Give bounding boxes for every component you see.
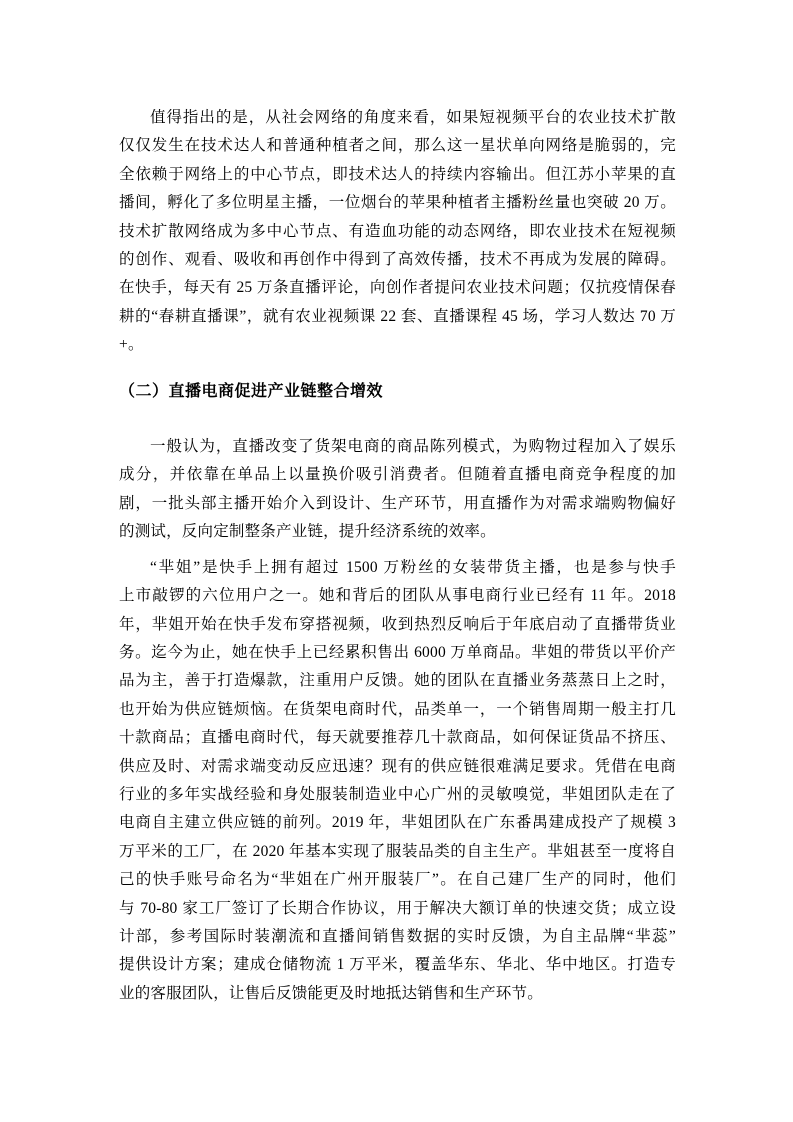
text-line: 业的客服团队，让售后反馈能更及时地抵达销售和生产环节。 — [119, 980, 676, 1008]
text-line: 计部，参考国际时装潮流和直播间销售数据的实时反馈，为自主品牌“芈蕊” — [119, 923, 676, 951]
text-line: 万平米的工厂，在 2020 年基本实现了服装品类的自主生产。芈姐甚至一度将自 — [119, 838, 676, 866]
text-line: 值得指出的是，从社会网络的角度来看，如果短视频平台的农业技术扩散 — [119, 104, 676, 132]
text-line: 耕的“春耕直播课”，就有农业视频课 22 套、直播课程 45 场，学习人数达 7… — [119, 303, 676, 331]
text-line: +。 — [119, 331, 676, 359]
text-line: 己的快手账号命名为“芈姐在广州开服装厂”。在自己建厂生产的同时，他们 — [119, 866, 676, 894]
paragraph-agri-tech-network: 值得指出的是，从社会网络的角度来看，如果短视频平台的农业技术扩散 仅仅发生在技术… — [119, 104, 676, 360]
text-line: 全依赖于网络上的中心节点，即技术达人的持续内容输出。但江苏小苹果的直 — [119, 161, 676, 189]
document-content: 值得指出的是，从社会网络的角度来看，如果短视频平台的农业技术扩散 仅仅发生在技术… — [119, 104, 676, 1008]
text-line: 供应及时、对需求端变动反应迅速？现有的供应链很难满足要求。凭借在电商 — [119, 753, 676, 781]
text-line: 剧，一批头部主播开始介入到设计、生产环节，用直播作为对需求端购物偏好 — [119, 490, 676, 518]
paragraph-livestream-ecommerce: 一般认为，直播改变了货架电商的商品陈列模式，为购物过程加入了娱乐 成分，并依靠在… — [119, 433, 676, 547]
text-line: 也开始为供应链烦恼。在货架电商时代，品类单一，一个销售周期一般主打几 — [119, 696, 676, 724]
text-line: 的创作、观看、吸收和再创作中得到了高效传播，技术不再成为发展的障碍。 — [119, 246, 676, 274]
text-line: 的测试，反向定制整条产业链，提升经济系统的效率。 — [119, 518, 676, 546]
text-line: 播间，孵化了多位明星主播，一位烟台的苹果种植者主播粉丝量也突破 20 万。 — [119, 189, 676, 217]
text-line: 电商自主建立供应链的前列。2019 年，芈姐团队在广东番禺建成投产了规模 3 — [119, 809, 676, 837]
text-line: 在快手，每天有 25 万条直播评论，向创作者提问农业技术问题；仅抗疫情保春 — [119, 274, 676, 302]
text-line: 一般认为，直播改变了货架电商的商品陈列模式，为购物过程加入了娱乐 — [119, 433, 676, 461]
text-line: “芈姐”是快手上拥有超过 1500 万粉丝的女装带货主播，也是参与快手 — [119, 554, 676, 582]
text-line: 与 70-80 家工厂签订了长期合作协议，用于解决大额订单的快速交货；成立设 — [119, 895, 676, 923]
paragraph-mijie-case-study: “芈姐”是快手上拥有超过 1500 万粉丝的女装带货主播，也是参与快手 上市敲锣… — [119, 554, 676, 1009]
document-page: 值得指出的是，从社会网络的角度来看，如果短视频平台的农业技术扩散 仅仅发生在技术… — [0, 0, 793, 1122]
section-heading: （二）直播电商促进产业链整合增效 — [119, 378, 676, 406]
text-line: 上市敲锣的六位用户之一。她和背后的团队从事电商行业已经有 11 年。2018 — [119, 582, 676, 610]
text-line: 仅仅发生在技术达人和普通种植者之间，那么这一星状单向网络是脆弱的，完 — [119, 132, 676, 160]
text-line: 成分，并依靠在单品上以量换价吸引消费者。但随着直播电商竞争程度的加 — [119, 461, 676, 489]
text-line: 提供设计方案；建成仓储物流 1 万平米，覆盖华东、华北、华中地区。打造专 — [119, 951, 676, 979]
text-line: 务。迄今为止，她在快手上已经累积售出 6000 万单商品。芈姐的带货以平价产 — [119, 639, 676, 667]
text-line: 技术扩散网络成为多中心节点、有造血功能的动态网络，即农业技术在短视频 — [119, 218, 676, 246]
text-line: 年，芈姐开始在快手发布穿搭视频，收到热烈反响后于年底启动了直播带货业 — [119, 611, 676, 639]
text-line: 行业的多年实战经验和身处服装制造业中心广州的灵敏嗅觉，芈姐团队走在了 — [119, 781, 676, 809]
text-line: 品为主，善于打造爆款，注重用户反馈。她的团队在直播业务蒸蒸日上之时， — [119, 667, 676, 695]
text-line: 十款商品；直播电商时代，每天就要推荐几十款商品，如何保证货品不挤压、 — [119, 724, 676, 752]
